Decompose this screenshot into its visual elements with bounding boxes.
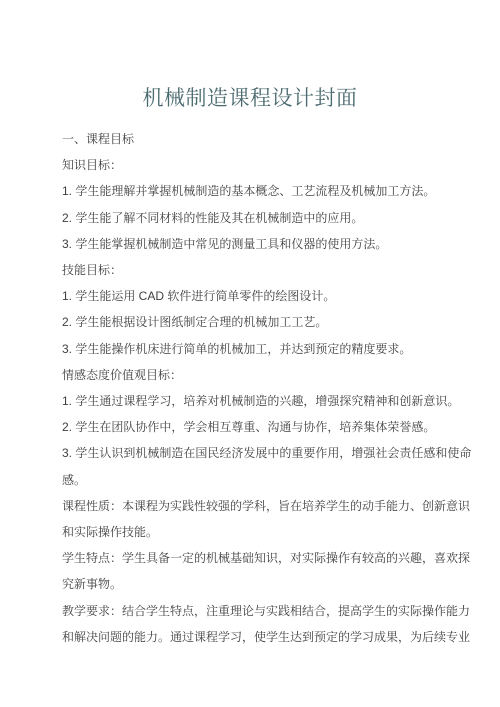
paragraph: 1. 学生通过课程学习，培养对机械制造的兴趣，增强探究精神和创新意识。 [62, 388, 474, 414]
document-body: 一、课程目标知识目标：1. 学生能理解并掌握机械制造的基本概念、工艺流程及机械加… [62, 126, 474, 650]
paragraph: 1. 学生能理解并掌握机械制造的基本概念、工艺流程及机械加工方法。 [62, 178, 474, 204]
paragraph: 3. 学生能掌握机械制造中常见的测量工具和仪器的使用方法。 [62, 231, 474, 257]
paragraph: 学生特点：学生具备一定的机械基础知识，对实际操作有较高的兴趣，喜欢探究新事物。 [62, 545, 474, 597]
paragraph: 课程性质：本课程为实践性较强的学科，旨在培养学生的动手能力、创新意识和实际操作技… [62, 493, 474, 545]
paragraph: 2. 学生能了解不同材料的性能及其在机械制造中的应用。 [62, 205, 474, 231]
paragraph: 2. 学生能根据设计图纸制定合理的机械加工工艺。 [62, 309, 474, 335]
paragraph: 知识目标： [62, 152, 474, 178]
paragraph: 3. 学生能操作机床进行简单的机械加工，并达到预定的精度要求。 [62, 336, 474, 362]
paragraph: 一、课程目标 [62, 126, 474, 152]
paragraph: 1. 学生能运用 CAD 软件进行简单零件的绘图设计。 [62, 283, 474, 309]
document-page: 机械制造课程设计封面 一、课程目标知识目标：1. 学生能理解并掌握机械制造的基本… [0, 0, 500, 707]
document-title: 机械制造课程设计封面 [0, 0, 500, 114]
paragraph: 3. 学生认识到机械制造在国民经济发展中的重要作用，增强社会责任感和使命感。 [62, 440, 474, 492]
paragraph: 情感态度价值观目标： [62, 362, 474, 388]
paragraph: 2. 学生在团队协作中，学会相互尊重、沟通与协作，培养集体荣誉感。 [62, 414, 474, 440]
paragraph: 教学要求：结合学生特点，注重理论与实践相结合，提高学生的实际操作能力和解决问题的… [62, 598, 474, 650]
paragraph: 技能目标： [62, 257, 474, 283]
